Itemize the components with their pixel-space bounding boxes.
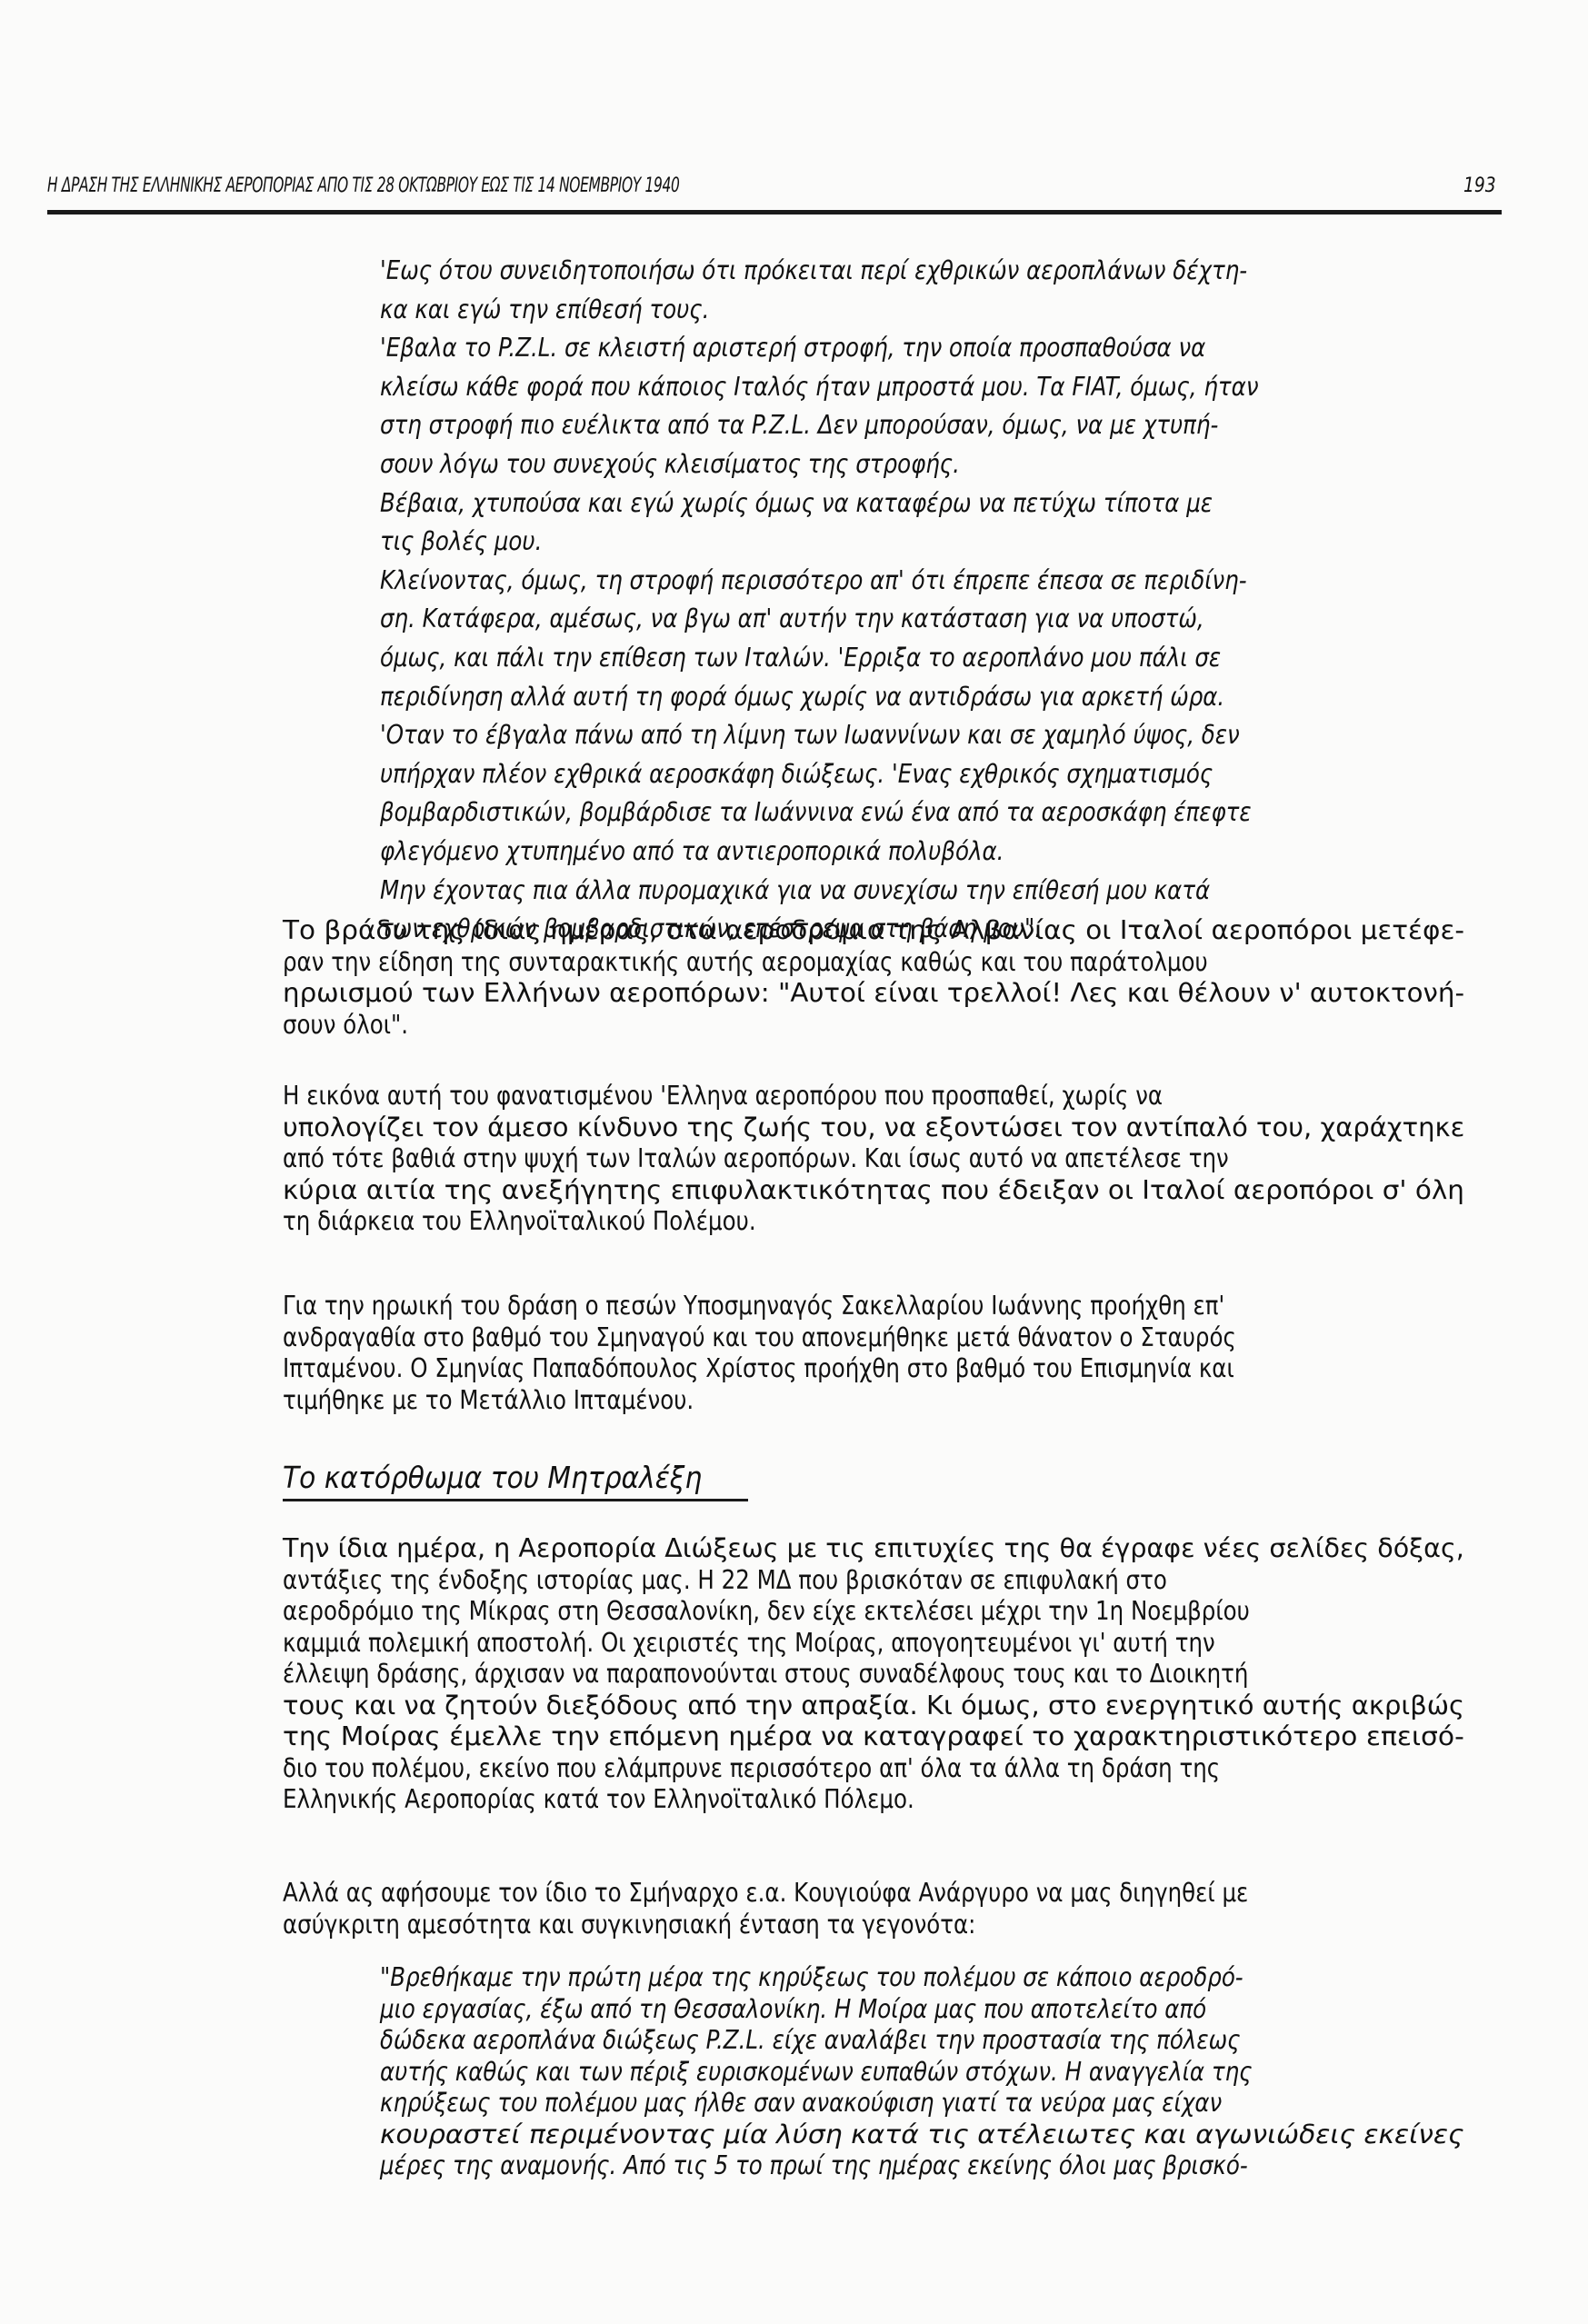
text-line: φλεγόμενο χτυπημένο από τα αντιεροπορικά…	[380, 836, 1004, 867]
text-line: αυτής καθώς και των πέριξ ευρισκομένων ε…	[380, 2057, 1253, 2088]
text-line: κηρύξεως του πολέμου μας ήλθε σαν ανακού…	[380, 2088, 1222, 2119]
text-line: Ιπταμένου. Ο Σμηνίας Παπαδόπουλος Χρίστο…	[283, 1353, 1234, 1384]
text-line: "Βρεθήκαμε την πρώτη μέρα της κηρύξεως τ…	[380, 1962, 1243, 1993]
text-line: 'Εως ότου συνειδητοποιήσω ότι πρόκειται …	[380, 255, 1247, 286]
header-rule	[47, 210, 1502, 214]
text-line: μιο εργασίας, έξω από τη Θεσσαλονίκη. Η …	[380, 1994, 1206, 2025]
text-line: κύρια αιτία της ανεξήγητης επιφυλακτικότ…	[283, 1175, 1464, 1206]
text-line: κλείσω κάθε φορά που κάποιος Ιταλός ήταν…	[380, 372, 1259, 403]
text-line: καμμιά πολεμική αποστολή. Οι χειριστές τ…	[283, 1628, 1215, 1659]
text-line: διο του πολέμου, εκείνο που ελάμπρυνε πε…	[283, 1753, 1220, 1784]
text-line: Για την ηρωική του δράση ο πεσών Υποσμην…	[283, 1291, 1224, 1322]
text-line: αεροδρόμιο της Μίκρας στη Θεσσαλονίκη, δ…	[283, 1596, 1250, 1627]
text-line: μέρες της αναμονής. Από τις 5 το πρωί τη…	[380, 2150, 1248, 2181]
text-line: Η εικόνα αυτή του φανατισμένου 'Ελληνα α…	[283, 1081, 1163, 1112]
text-line: ασύγκριτη αμεσότητα και συγκινησιακή έντ…	[283, 1910, 975, 1940]
running-title: Η ΔΡΑΣΗ ΤΗΣ ΕΛΛΗΝΙΚΗΣ ΑΕΡΟΠΟΡΙΑΣ ΑΠΟ ΤΙΣ…	[47, 175, 1070, 197]
text-line: Κλείνοντας, όμως, τη στροφή περισσότερο …	[380, 565, 1247, 596]
text-line: υπολογίζει τον άμεσο κίνδυνο της ζωής το…	[283, 1112, 1464, 1143]
text-line: ραν την είδηση της συνταρακτικής αυτής α…	[283, 947, 1208, 978]
text-line: Αλλά ας αφήσουμε τον ίδιο το Σμήναρχο ε.…	[283, 1878, 1248, 1909]
text-line: Βέβαια, χτυπούσα και εγώ χωρίς όμως να κ…	[380, 488, 1213, 519]
text-line: περιδίνηση αλλά αυτή τη φορά όμως χωρίς …	[380, 682, 1224, 713]
text-line: στη στροφή πιο ευέλικτα από τα P.Z.L. Δε…	[380, 410, 1218, 441]
text-line: ηρωισμού των Ελλήνων αεροπόρων: "Αυτοί ε…	[283, 978, 1464, 1009]
text-line: 'Εβαλα το P.Z.L. σε κλειστή αριστερή στρ…	[380, 333, 1205, 364]
section-heading: Το κατόρθωμα του Μητραλέξη	[283, 1460, 702, 1495]
text-line: βομβαρδιστικών, βομβάρδισε τα Ιωάννινα ε…	[380, 797, 1252, 828]
text-line: κουραστεί περιμένοντας μία λύση κατά τις…	[380, 2120, 1463, 2150]
text-line: τιμήθηκε με το Μετάλλιο Ιπταμένου.	[283, 1385, 694, 1416]
text-line: έλλειψη δράσης, άρχισαν να παραπονούνται…	[283, 1659, 1248, 1690]
text-line: τους και να ζητούν διεξόδους από την απρ…	[283, 1691, 1464, 1721]
text-line: υπήρχαν πλέον εχθρικά αεροσκάφη διώξεως.…	[380, 759, 1213, 790]
section-heading-underline	[283, 1499, 748, 1501]
text-line: 'Οταν το έβγαλα πάνω από τη λίμνη των Ιω…	[380, 720, 1240, 751]
text-line: όμως, και πάλι την επίθεση των Ιταλών. '…	[380, 643, 1221, 673]
text-line: αντάξιες της ένδοξης ιστορίας μας. Η 22 …	[283, 1565, 1167, 1596]
text-line: Μην έχοντας πια άλλα πυρομαχικά για να σ…	[380, 875, 1210, 906]
text-line: Ελληνικής Αεροπορίας κατά τον Ελληνοϊταλ…	[283, 1784, 914, 1815]
text-line: σουν όλοι".	[283, 1010, 408, 1041]
text-line: κα και εγώ την επίθεσή τους.	[380, 294, 709, 325]
text-line: σουν λόγω του συνεχούς κλεισίματος της σ…	[380, 449, 960, 480]
text-line: τις βολές μου.	[380, 526, 542, 557]
text-line: δώδεκα αεροπλάνα διώξεως P.Z.L. είχε ανα…	[380, 2025, 1241, 2056]
text-line: ανδραγαθία στο βαθμό του Σμηναγού και το…	[283, 1322, 1236, 1353]
text-line: ση. Κατάφερα, αμέσως, να βγω απ' αυτήν τ…	[380, 603, 1204, 634]
text-line: από τότε βαθιά στην ψυχή των Ιταλών αερο…	[283, 1143, 1229, 1174]
page-number: 193	[1463, 175, 1496, 197]
text-line: τη διάρκεια του Ελληνοϊταλικού Πολέμου.	[283, 1206, 756, 1237]
text-line: Την ίδια ημέρα, η Αεροπορία Διώξεως με τ…	[283, 1533, 1464, 1564]
text-line: της Μοίρας έμελλε την επόμενη ημέρα να κ…	[283, 1721, 1464, 1752]
text-line: Το βράδυ της ίδιας ημέρας, στα αεροδρόμι…	[283, 915, 1464, 946]
